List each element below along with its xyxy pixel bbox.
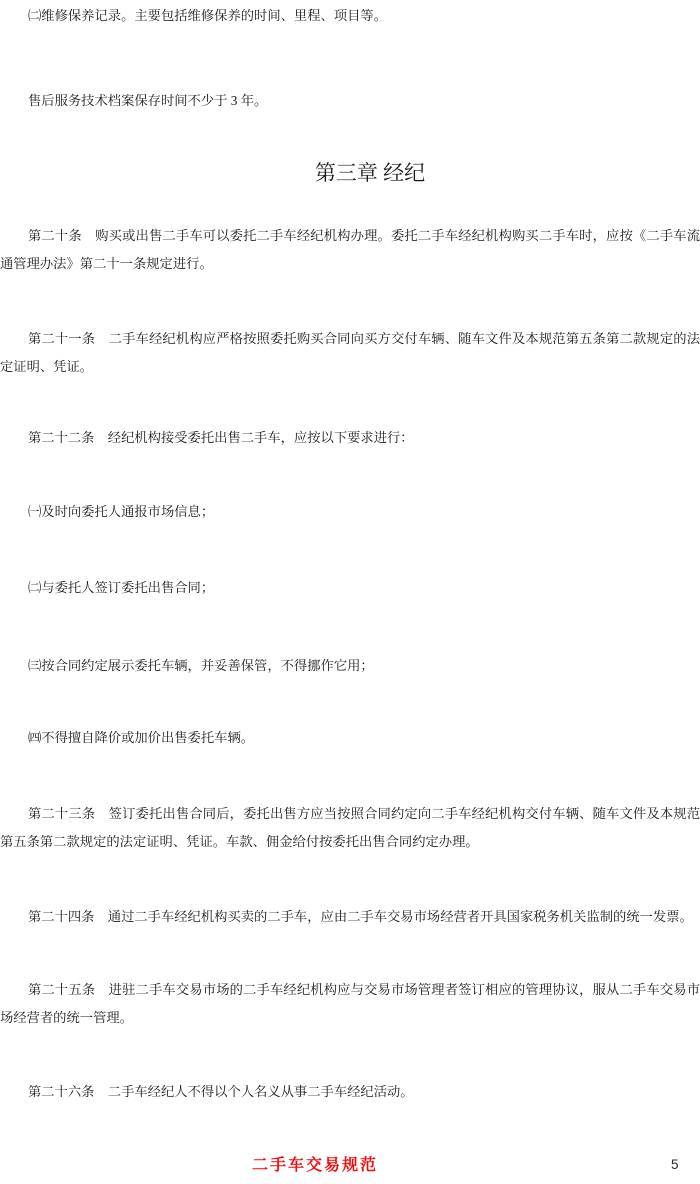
footer-document-title: 二手车交易规范	[252, 1156, 378, 1176]
article-22-item-2: ㈡与委托人签订委托出售合同；	[0, 574, 700, 602]
article-22: 第二十二条 经纪机构接受委托出售二手车，应按以下要求进行：	[0, 424, 700, 452]
article-25: 第二十五条 进驻二手车交易市场的二手车经纪机构应与交易市场管理者签订相应的管理协…	[0, 976, 700, 1031]
article-24: 第二十四条 通过二手车经纪机构买卖的二手车，应由二手车交易市场经营者开具国家税务…	[0, 903, 700, 931]
article-21: 第二十一条 二手车经纪机构应严格按照委托购买合同向买方交付车辆、随车文件及本规范…	[0, 325, 700, 380]
article-26: 第二十六条 二手车经纪人不得以个人名义从事二手车经纪活动。	[0, 1078, 700, 1106]
article-23: 第二十三条 签订委托出售合同后，委托出售方应当按照合同约定向二手车经纪机构交付车…	[0, 800, 700, 855]
article-22-item-4: ㈣不得擅自降价或加价出售委托车辆。	[0, 724, 700, 752]
article-22-item-3: ㈢按合同约定展示委托车辆，并妥善保管，不得挪作它用；	[0, 652, 700, 680]
article-20: 第二十条 购买或出售二手车可以委托二手车经纪机构办理。委托二手车经纪机构购买二手…	[0, 222, 700, 277]
clause-archive-retention: 售后服务技术档案保存时间不少于 3 年。	[0, 87, 700, 115]
document-page: ㈡维修保养记录。主要包括维修保养的时间、里程、项目等。 售后服务技术档案保存时间…	[0, 0, 700, 1184]
article-22-item-1: ㈠及时向委托人通报市场信息；	[0, 498, 700, 526]
footer-page-number: 5	[671, 1156, 679, 1174]
clause-maintenance-record: ㈡维修保养记录。主要包括维修保养的时间、里程、项目等。	[0, 2, 700, 30]
chapter-heading: 第三章 经纪	[0, 158, 700, 188]
